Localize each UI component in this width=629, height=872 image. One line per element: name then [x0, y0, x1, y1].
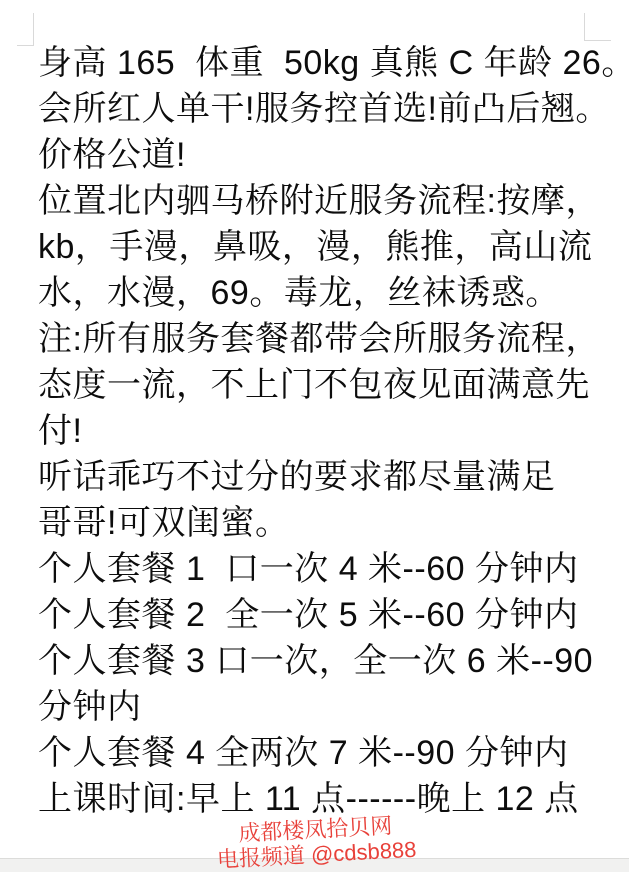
text-line: 付! [38, 408, 629, 454]
page-margin-mark-top-right [584, 13, 611, 41]
text-line: 个人套餐 1 口一次 4 米--60 分钟内 [38, 546, 629, 592]
text-line: 个人套餐 3 口一次，全一次 6 米--90 [38, 638, 629, 684]
document-page: 成都楼凤拾贝网 电报频道 @cdsb888 身高 165 体重 50kg 真熊 … [0, 0, 629, 872]
text-line: 位置北内驷马桥附近服务流程:按摩， [38, 178, 629, 224]
text-line: 哥哥!可双闺蜜。 [38, 500, 629, 546]
text-line: 个人套餐 2 全一次 5 米--60 分钟内 [38, 592, 629, 638]
text-line: 注:所有服务套餐都带会所服务流程， [38, 316, 629, 362]
page-margin-mark-top-left [17, 13, 34, 46]
text-line: 会所红人单干!服务控首选!前凸后翘。 [38, 86, 629, 132]
text-line: 身高 165 体重 50kg 真熊 C 年龄 26。 [38, 40, 629, 86]
text-line: 水，水漫，69。毒龙，丝袜诱惑。 [38, 270, 629, 316]
text-line: 价格公道! [38, 132, 629, 178]
text-line: 个人套餐 4 全两次 7 米--90 分钟内 [38, 730, 629, 776]
text-line: 分钟内 [38, 684, 629, 730]
text-line: 态度一流，不上门不包夜见面满意先 [38, 362, 629, 408]
text-line: 上课时间:早上 11 点------晚上 12 点 [38, 776, 629, 822]
text-line: kb，手漫，鼻吸，漫，熊推，高山流 [38, 224, 629, 270]
text-line: 听话乖巧不过分的要求都尽量满足 [38, 454, 629, 500]
ad-text-body: 身高 165 体重 50kg 真熊 C 年龄 26。会所红人单干!服务控首选!前… [38, 40, 629, 822]
